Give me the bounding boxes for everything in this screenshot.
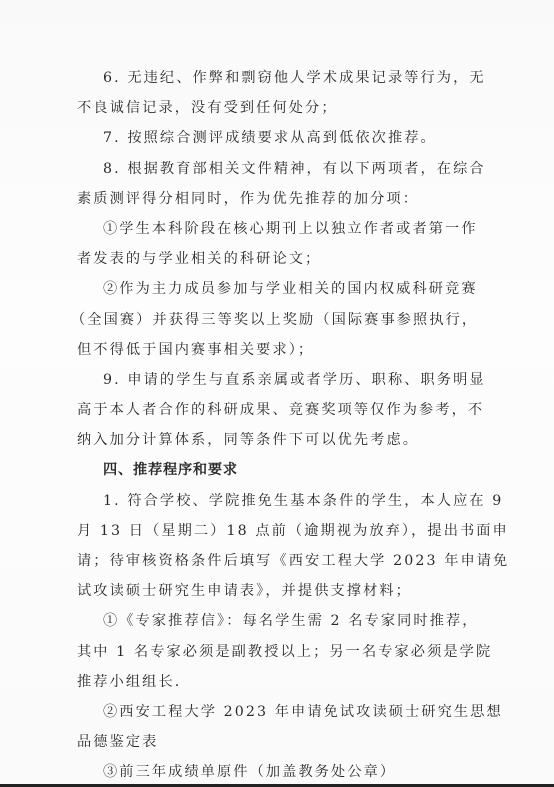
paragraph-line: 月 13 日（星期二）18 点前（逾期视为放弃），提出书面申: [77, 516, 435, 546]
paragraph-line: 9. 申请的学生与直系亲属或者学历、职称、职务明显: [77, 365, 435, 395]
paragraph-line: ③前三年成绩单原件（加盖教务处公章）: [77, 757, 435, 787]
paragraph-line: 但不得低于国内赛事相关要求）；: [77, 335, 435, 365]
paragraph-line: 品德鉴定表: [77, 727, 435, 757]
paragraph-line: 高于本人者合作的科研成果、竞赛奖项等仅作为参考，不: [77, 395, 435, 425]
paragraph-line: 纳入加分计算体系，同等条件下可以优先考虑。: [77, 425, 435, 455]
paragraph-line: 1. 符合学校、学院推免生基本条件的学生，本人应在 9: [77, 486, 435, 516]
paragraph-line: 8. 根据教育部相关文件精神，有以下两项者，在综合: [77, 154, 435, 184]
paragraph-line: ①《专家推荐信》：每名学生需 2 名专家同时推荐，: [77, 606, 435, 636]
paragraph-line: 者发表的与学业相关的科研论文；: [77, 244, 435, 274]
paragraph-line: 7. 按照综合测评成绩要求从高到低依次推荐。: [77, 123, 435, 153]
paragraph-line: ①学生本科阶段在核心期刊上以独立作者或者第一作: [77, 214, 435, 244]
paragraph-line: 6. 无违纪、作弊和剽窃他人学术成果记录等行为，无: [77, 63, 435, 93]
paragraph-line: ②西安工程大学 2023 年申请免试攻读硕士研究生思想: [77, 697, 435, 727]
paragraph-line: 请；待审核资格条件后填写《西安工程大学 2023 年申请免: [77, 546, 435, 576]
paragraph-line: 素质测评得分相同时，作为优先推荐的加分项：: [77, 184, 435, 214]
paragraph-line: 推荐小组组长.: [77, 667, 435, 697]
paragraph-line: 其中 1 名专家必须是副教授以上；另一名专家必须是学院: [77, 637, 435, 667]
paragraph-line: 试攻读硕士研究生申请表》，并提供支撑材料；: [77, 576, 435, 606]
document-body: 6. 无违纪、作弊和剽窃他人学术成果记录等行为，无 不良诚信记录，没有受到任何处…: [77, 63, 435, 787]
paragraph-line: ②作为主力成员参加与学业相关的国内权威科研竞赛: [77, 274, 435, 304]
document-page: 6. 无违纪、作弊和剽窃他人学术成果记录等行为，无 不良诚信记录，没有受到任何处…: [0, 0, 554, 784]
section-heading: 四、推荐程序和要求: [77, 455, 435, 485]
paragraph-line: 不良诚信记录，没有受到任何处分；: [77, 93, 435, 123]
paragraph-line: （全国赛）并获得三等奖以上奖励（国际赛事参照执行，: [71, 305, 435, 335]
